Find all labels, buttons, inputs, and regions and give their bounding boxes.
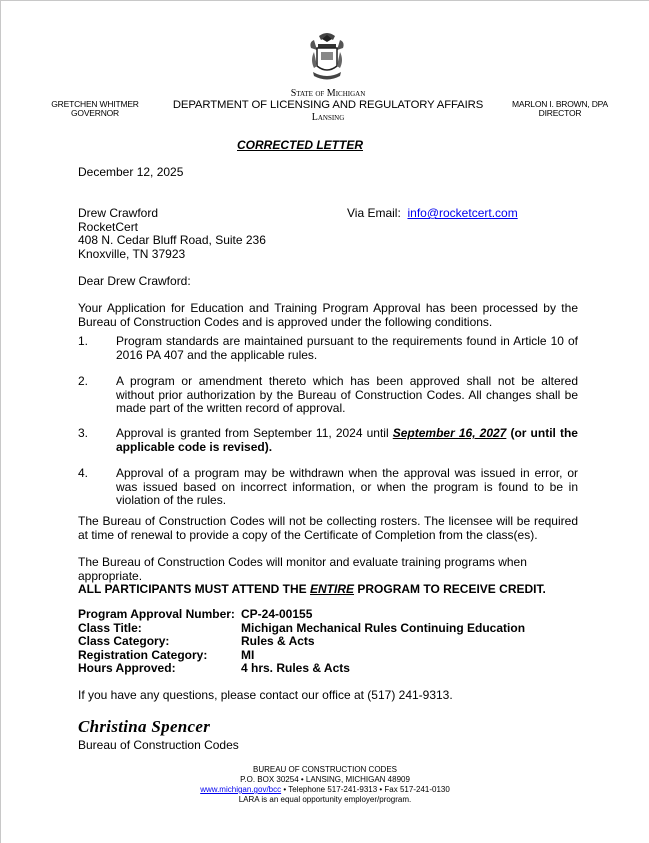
questions-paragraph: If you have any questions, please contac… xyxy=(78,689,453,703)
department-name: DEPARTMENT OF LICENSING AND REGULATORY A… xyxy=(170,99,486,112)
program-details: Program Approval Number:CP-24-00155 Clas… xyxy=(78,608,525,676)
condition-item: 4. Approval of a program may be withdraw… xyxy=(78,467,578,508)
detail-label: Program Approval Number: xyxy=(78,608,241,622)
detail-row: Program Approval Number:CP-24-00155 xyxy=(78,608,525,622)
signature-org: Bureau of Construction Codes xyxy=(78,739,239,753)
condition-text: Approval is granted from September 11, 2… xyxy=(116,427,578,454)
detail-row: Registration Category:MI xyxy=(78,649,525,663)
detail-label: Class Category: xyxy=(78,635,241,649)
detail-value: CP-24-00155 xyxy=(241,608,312,622)
detail-label: Hours Approved: xyxy=(78,662,241,676)
michigan-seal-icon xyxy=(305,30,349,86)
expiration-date: September 16, 2027 xyxy=(393,426,507,440)
signature: Christina Spencer xyxy=(78,717,210,737)
recipient-address-line2: Knoxville, TN 37923 xyxy=(78,248,266,262)
director-title: DIRECTOR xyxy=(500,109,620,118)
corrected-letter-heading: CORRECTED LETTER xyxy=(0,138,600,152)
detail-value: Michigan Mechanical Rules Continuing Edu… xyxy=(241,622,525,636)
attendance-notice: ALL PARTICIPANTS MUST ATTEND THE ENTIRE … xyxy=(78,583,588,597)
condition-item: 2. A program or amendment thereto which … xyxy=(78,375,578,416)
footer-phone-fax: • Telephone 517-241-9313 • Fax 517-241-0… xyxy=(281,785,450,794)
condition-text: Program standards are maintained pursuan… xyxy=(116,335,578,362)
letter-date: December 12, 2025 xyxy=(78,166,183,180)
salutation: Dear Drew Crawford: xyxy=(78,275,191,289)
email-link[interactable]: info@rocketcert.com xyxy=(407,206,517,220)
condition-number: 2. xyxy=(78,375,116,416)
recipient-address-line1: 408 N. Cedar Bluff Road, Suite 236 xyxy=(78,234,266,248)
detail-value: Rules & Acts xyxy=(241,635,315,649)
condition-item: 1. Program standards are maintained purs… xyxy=(78,335,578,362)
attendance-emphasis: ENTIRE xyxy=(310,582,354,596)
detail-value: MI xyxy=(241,649,254,663)
approval-period-text: Approval is granted from September 11, 2… xyxy=(116,426,393,440)
recipient-address: Drew Crawford RocketCert 408 N. Cedar Bl… xyxy=(78,207,266,261)
footer-equal-opportunity: LARA is an equal opportunity employer/pr… xyxy=(160,795,490,805)
condition-text: Approval of a program may be withdrawn w… xyxy=(116,467,578,508)
condition-number: 1. xyxy=(78,335,116,362)
detail-label: Registration Category: xyxy=(78,649,241,663)
monitor-text: The Bureau of Construction Codes will mo… xyxy=(78,556,588,583)
intro-paragraph: Your Application for Education and Train… xyxy=(78,302,578,329)
director-block: MARLON I. BROWN, DPA DIRECTOR xyxy=(500,100,620,118)
footer: BUREAU OF CONSTRUCTION CODES P.O. BOX 30… xyxy=(160,765,490,805)
detail-label: Class Title: xyxy=(78,622,241,636)
condition-number: 4. xyxy=(78,467,116,508)
monitor-paragraph: The Bureau of Construction Codes will mo… xyxy=(78,556,588,597)
detail-row: Hours Approved:4 hrs. Rules & Acts xyxy=(78,662,525,676)
detail-row: Class Category:Rules & Acts xyxy=(78,635,525,649)
attendance-before: ALL PARTICIPANTS MUST ATTEND THE xyxy=(78,582,310,596)
state-name: State of Michigan xyxy=(170,88,486,99)
via-email: Via Email: info@rocketcert.com xyxy=(347,207,518,221)
governor-block: GRETCHEN WHITMER GOVERNOR xyxy=(40,100,150,118)
footer-contact: www.michigan.gov/bcc • Telephone 517-241… xyxy=(160,785,490,795)
footer-po-box: P.O. BOX 30254 • LANSING, MICHIGAN 48909 xyxy=(160,775,490,785)
condition-text: A program or amendment thereto which has… xyxy=(116,375,578,416)
condition-number: 3. xyxy=(78,427,116,454)
detail-row: Class Title:Michigan Mechanical Rules Co… xyxy=(78,622,525,636)
city-name: Lansing xyxy=(170,112,486,123)
via-email-label: Via Email: xyxy=(347,206,401,220)
attendance-after: PROGRAM TO RECEIVE CREDIT. xyxy=(354,582,546,596)
recipient-company: RocketCert xyxy=(78,221,266,235)
recipient-name: Drew Crawford xyxy=(78,207,266,221)
detail-value: 4 hrs. Rules & Acts xyxy=(241,662,350,676)
governor-title: GOVERNOR xyxy=(40,109,150,118)
footer-bureau: BUREAU OF CONSTRUCTION CODES xyxy=(160,765,490,775)
department-block: State of Michigan DEPARTMENT OF LICENSIN… xyxy=(170,88,486,123)
website-link[interactable]: www.michigan.gov/bcc xyxy=(200,785,281,794)
rosters-paragraph: The Bureau of Construction Codes will no… xyxy=(78,515,578,542)
condition-item: 3. Approval is granted from September 11… xyxy=(78,427,578,454)
